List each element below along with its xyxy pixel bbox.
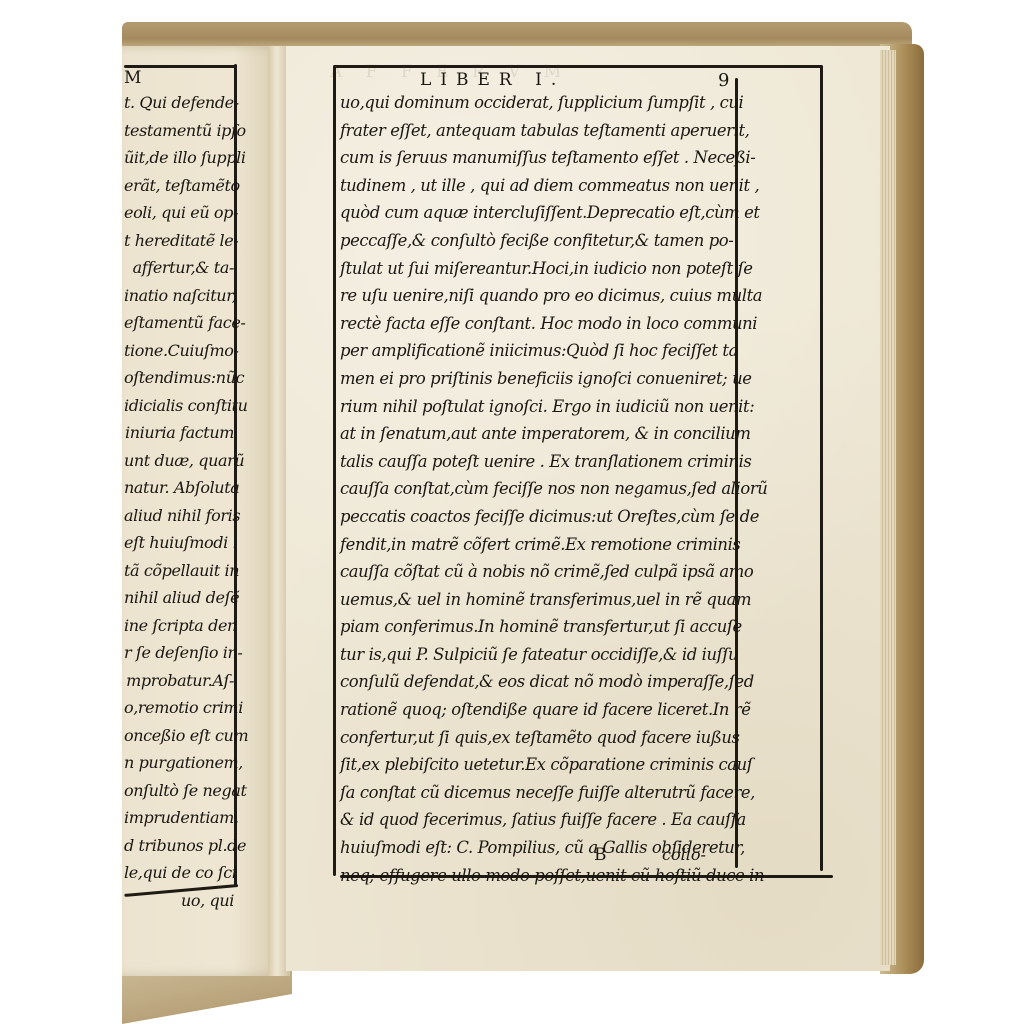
text-line: eſt huiuſmodi : <box>124 529 234 557</box>
text-line: erãt, teſtamẽto <box>124 172 234 200</box>
text-line: testamentũ ipſo <box>124 117 234 145</box>
text-line: per amplificationẽ iniicimus:Quòd ſi hoc… <box>340 337 732 365</box>
text-line: nihil aliud deſẽ <box>124 584 234 612</box>
text-line: mprobatur.Aſ- <box>124 667 234 695</box>
text-line: ine ſcripta den <box>124 612 234 640</box>
text-line: rium nihil poſtulat ignoſci. Ergo in iud… <box>340 393 732 421</box>
right-left-frame-rule <box>333 66 336 876</box>
text-line: t. Qui defende- <box>124 89 234 117</box>
right-outer-frame-rule <box>820 66 823 871</box>
open-book: A F F E R V M M LIBER I. 9 t. Qui defend… <box>0 0 1024 1024</box>
text-line: cauſſa conſtat,cùm feciſſe nos non negam… <box>340 475 732 503</box>
text-line: natur. Abſoluta <box>124 474 234 502</box>
text-line: tã cõpellauit in <box>124 557 234 585</box>
text-line: onceßio eſt cum <box>124 722 234 750</box>
text-line: men ei pro priſtinis beneficiis ignoſci … <box>340 365 732 393</box>
text-line: t hereditatẽ le- <box>124 227 234 255</box>
text-line: frater eſſet, antequam tabulas teſtament… <box>340 117 732 145</box>
text-line: tur is,qui P. Sulpiciũ ſe fateatur occid… <box>340 641 732 669</box>
text-line: & id quod fecerimus, ſatius fuiſſe facer… <box>340 806 732 834</box>
text-line: peccatis coactos feciſſe dicimus:ut Oreſ… <box>340 503 732 531</box>
text-line: re uſu uenire,niſi quando pro eo dicimus… <box>340 282 732 310</box>
text-line: quòd cum aquæ intercluſiſſent.Deprecatio… <box>340 199 732 227</box>
text-line: neq; effugere ullo modo poſſet,uenit cũ … <box>340 862 732 890</box>
text-line: idicialis conſtitu <box>124 392 234 420</box>
text-line: inatio naſcitur, <box>124 282 234 310</box>
text-line: ſit,ex plebiſcito uetetur.Ex cõparatione… <box>340 751 732 779</box>
text-line: cum is ſeruus manumiſſus teſtamento eſſe… <box>340 144 732 172</box>
text-line: iniuria factum <box>124 419 234 447</box>
text-line: o,remotio crimi <box>124 694 234 722</box>
text-line: imprudentiam. <box>124 804 234 832</box>
text-line: uo,qui dominum occiderat, ſupplicium ſum… <box>340 89 732 117</box>
text-line: peccaſſe,& conſultò feciße confitetur,& … <box>340 227 732 255</box>
right-running-head: LIBER I. <box>420 70 565 90</box>
text-line: rationẽ quoq; oſtendiße quare id facere … <box>340 696 732 724</box>
text-line: eoli, qui eũ op- <box>124 199 234 227</box>
text-line: affertur,& ta- <box>124 254 234 282</box>
text-line: tudinem , ut ille , qui ad diem commeatu… <box>340 172 732 200</box>
text-line: piam conferimus.In hominẽ transfertur,ut… <box>340 613 732 641</box>
page-block-edge <box>880 50 896 965</box>
text-line: fendit,in matrẽ cõfert crimẽ.Ex remotion… <box>340 531 732 559</box>
text-line: le,qui de co ſci <box>124 859 234 887</box>
text-line: at in ſenatum,aut ante imperatorem, & in… <box>340 420 732 448</box>
catchword: collo- <box>662 845 706 864</box>
text-line: confertur,ut ſi quis,ex teſtamẽto quod f… <box>340 724 732 752</box>
text-line: cauſſa cõſtat cũ à nobis nõ crimẽ,ſed cu… <box>340 558 732 586</box>
text-line: talis cauſſa poteſt uenire . Ex tranſlat… <box>340 448 732 476</box>
text-line: n purgationem, <box>124 749 234 777</box>
signature-mark: B <box>594 845 607 865</box>
left-page-text: t. Qui defende- testamentũ ipſo ũit,de i… <box>124 89 234 914</box>
text-line: uemus,& uel in hominẽ transferimus,uel i… <box>340 586 732 614</box>
text-line: unt duæ, quarũ <box>124 447 234 475</box>
text-line: ſa conſtat cũ dicemus neceſſe fuiſſe alt… <box>340 779 732 807</box>
text-line: rectè facta eſſe conſtant. Hoc modo in l… <box>340 310 732 338</box>
text-line: ũit,de illo ſuppli <box>124 144 234 172</box>
text-line: conſulũ defendat,& eos dicat nõ modò imp… <box>340 668 732 696</box>
right-page-text: uo,qui dominum occiderat, ſupplicium ſum… <box>340 89 732 889</box>
text-line: onſultò ſe negat <box>124 777 234 805</box>
text-line: oſtendimus:nũc <box>124 364 234 392</box>
text-line: eſtamentũ face- <box>124 309 234 337</box>
text-line: uo, qui <box>124 887 234 915</box>
text-line: aliud nihil foris <box>124 502 234 530</box>
text-line: r ſe deſenſio in- <box>124 639 234 667</box>
text-line: d tribunos pl.de <box>124 832 234 860</box>
text-line: tione.Cuiuſmo- <box>124 337 234 365</box>
text-line: ſtulat ut ſui miſereantur.Hoci,in iudici… <box>340 255 732 283</box>
left-running-head: M <box>124 68 141 88</box>
right-inner-frame-rule <box>735 78 738 868</box>
page-number: 9 <box>718 70 729 91</box>
